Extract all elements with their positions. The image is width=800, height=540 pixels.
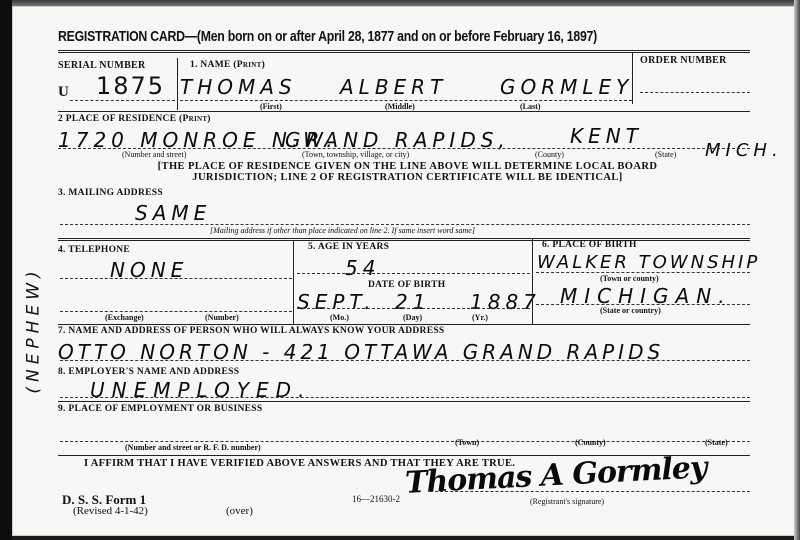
dob-year: 1887 <box>470 290 541 314</box>
dob-year-caption: (Yr.) <box>472 313 488 322</box>
mailing-dotted-line <box>60 224 750 225</box>
name-middle: ALBERT <box>340 75 447 99</box>
contact-label: 7. NAME AND ADDRESS OF PERSON WHO WILL A… <box>58 326 445 336</box>
residence-label: 2 PLACE OF RESIDENCE (Print) <box>58 114 211 124</box>
telephone-age-divider <box>293 240 294 324</box>
employment-state-caption: (State) <box>705 438 728 447</box>
age-dotted-line <box>297 273 530 274</box>
dob-month-caption: (Mo.) <box>330 313 349 322</box>
name-first: THOMAS <box>180 75 297 99</box>
residence-state-caption: (State) <box>655 150 676 159</box>
mailing-address-label: 3. MAILING ADDRESS <box>58 188 163 198</box>
residence-county: KENT <box>570 124 643 148</box>
birthplace-town-dotted-line <box>536 272 750 273</box>
employer-dotted-line <box>60 397 750 398</box>
scan-edge-right <box>794 0 800 540</box>
row3-rule <box>58 238 750 241</box>
name-middle-caption: (Middle) <box>385 102 415 111</box>
serial-prefix: U <box>58 84 69 101</box>
employment-town-caption: (Town) <box>455 438 479 447</box>
age-value: 54 <box>345 256 380 280</box>
residence-county-caption: (County) <box>535 150 564 159</box>
residence-state: MICH. <box>705 140 783 161</box>
dob-dotted-line <box>297 308 530 309</box>
form-revision: (Revised 4-1-42) <box>73 505 148 517</box>
serial-number-label: SERIAL NUMBER <box>58 60 146 71</box>
serial-divider <box>177 58 178 110</box>
employment-county-caption: (County) <box>575 438 606 447</box>
birthplace-label: 6. PLACE OF BIRTH <box>542 240 637 250</box>
residence-town-caption: (Town, township, village, or city) <box>302 150 409 159</box>
print-code: 16—21630-2 <box>352 494 400 504</box>
birthplace-state-dotted-line <box>536 304 750 305</box>
row1-rule <box>58 111 750 112</box>
dob-day: 21 <box>395 290 430 314</box>
telephone-exchange-caption: (Exchange) <box>105 313 144 322</box>
birthplace-state-caption: (State or country) <box>600 306 661 315</box>
margin-note-nephew: (NEPHEW) <box>24 266 44 393</box>
mailing-caption: [Mailing address if other than place ind… <box>210 226 475 235</box>
employer-value: UNEMPLOYED. <box>90 378 311 402</box>
order-number-field[interactable] <box>640 92 750 93</box>
name-last-caption: (Last) <box>520 102 540 111</box>
dob-month: SEPT. <box>297 290 376 314</box>
contact-dotted-line <box>60 360 750 361</box>
residence-notice-line2: JURISDICTION; LINE 2 OF REGISTRATION CER… <box>110 172 705 184</box>
name-dotted-line <box>180 100 632 101</box>
name-first-caption: (First) <box>260 102 282 111</box>
telephone-label: 4. TELEPHONE <box>58 245 130 255</box>
employment-place-label: 9. PLACE OF EMPLOYMENT OR BUSINESS <box>58 404 262 414</box>
residence-dotted-line <box>58 148 750 149</box>
employment-street-caption: (Number and street or R. F. D. number) <box>125 443 261 452</box>
signature-caption: (Registrant's signature) <box>530 497 604 506</box>
row4-rule <box>58 324 750 325</box>
telephone-dotted-line-1 <box>60 278 292 279</box>
dob-day-caption: (Day) <box>403 313 422 322</box>
residence-street-caption: (Number and street) <box>122 150 186 159</box>
card-title: REGISTRATION CARD—(Men born on or after … <box>58 28 597 45</box>
birthplace-town: WALKER TOWNSHIP <box>537 252 760 273</box>
order-number-label: ORDER NUMBER <box>640 55 727 66</box>
scan-edge-left <box>0 0 12 540</box>
over-note: (over) <box>226 505 253 517</box>
age-label: 5. AGE IN YEARS <box>308 242 389 252</box>
employment-place-dotted-line[interactable] <box>60 441 750 442</box>
title-rule <box>58 50 750 53</box>
name-label: 1. NAME (Print) <box>190 60 265 70</box>
row8-rule <box>58 401 750 402</box>
order-divider <box>632 52 633 104</box>
name-last: GORMLEY <box>500 75 633 99</box>
telephone-dotted-line-2 <box>60 311 292 312</box>
mailing-address-value: SAME <box>135 201 211 225</box>
age-birthplace-divider <box>532 238 533 324</box>
serial-number-value: 1875 <box>96 72 165 100</box>
birthplace-town-caption: (Town or county) <box>600 274 659 283</box>
employer-label: 8. EMPLOYER'S NAME AND ADDRESS <box>58 367 239 377</box>
dob-label: DATE OF BIRTH <box>368 280 445 290</box>
telephone-number-caption: (Number) <box>205 313 239 322</box>
serial-dotted-line <box>70 100 175 101</box>
signature-dotted-line <box>430 491 750 492</box>
